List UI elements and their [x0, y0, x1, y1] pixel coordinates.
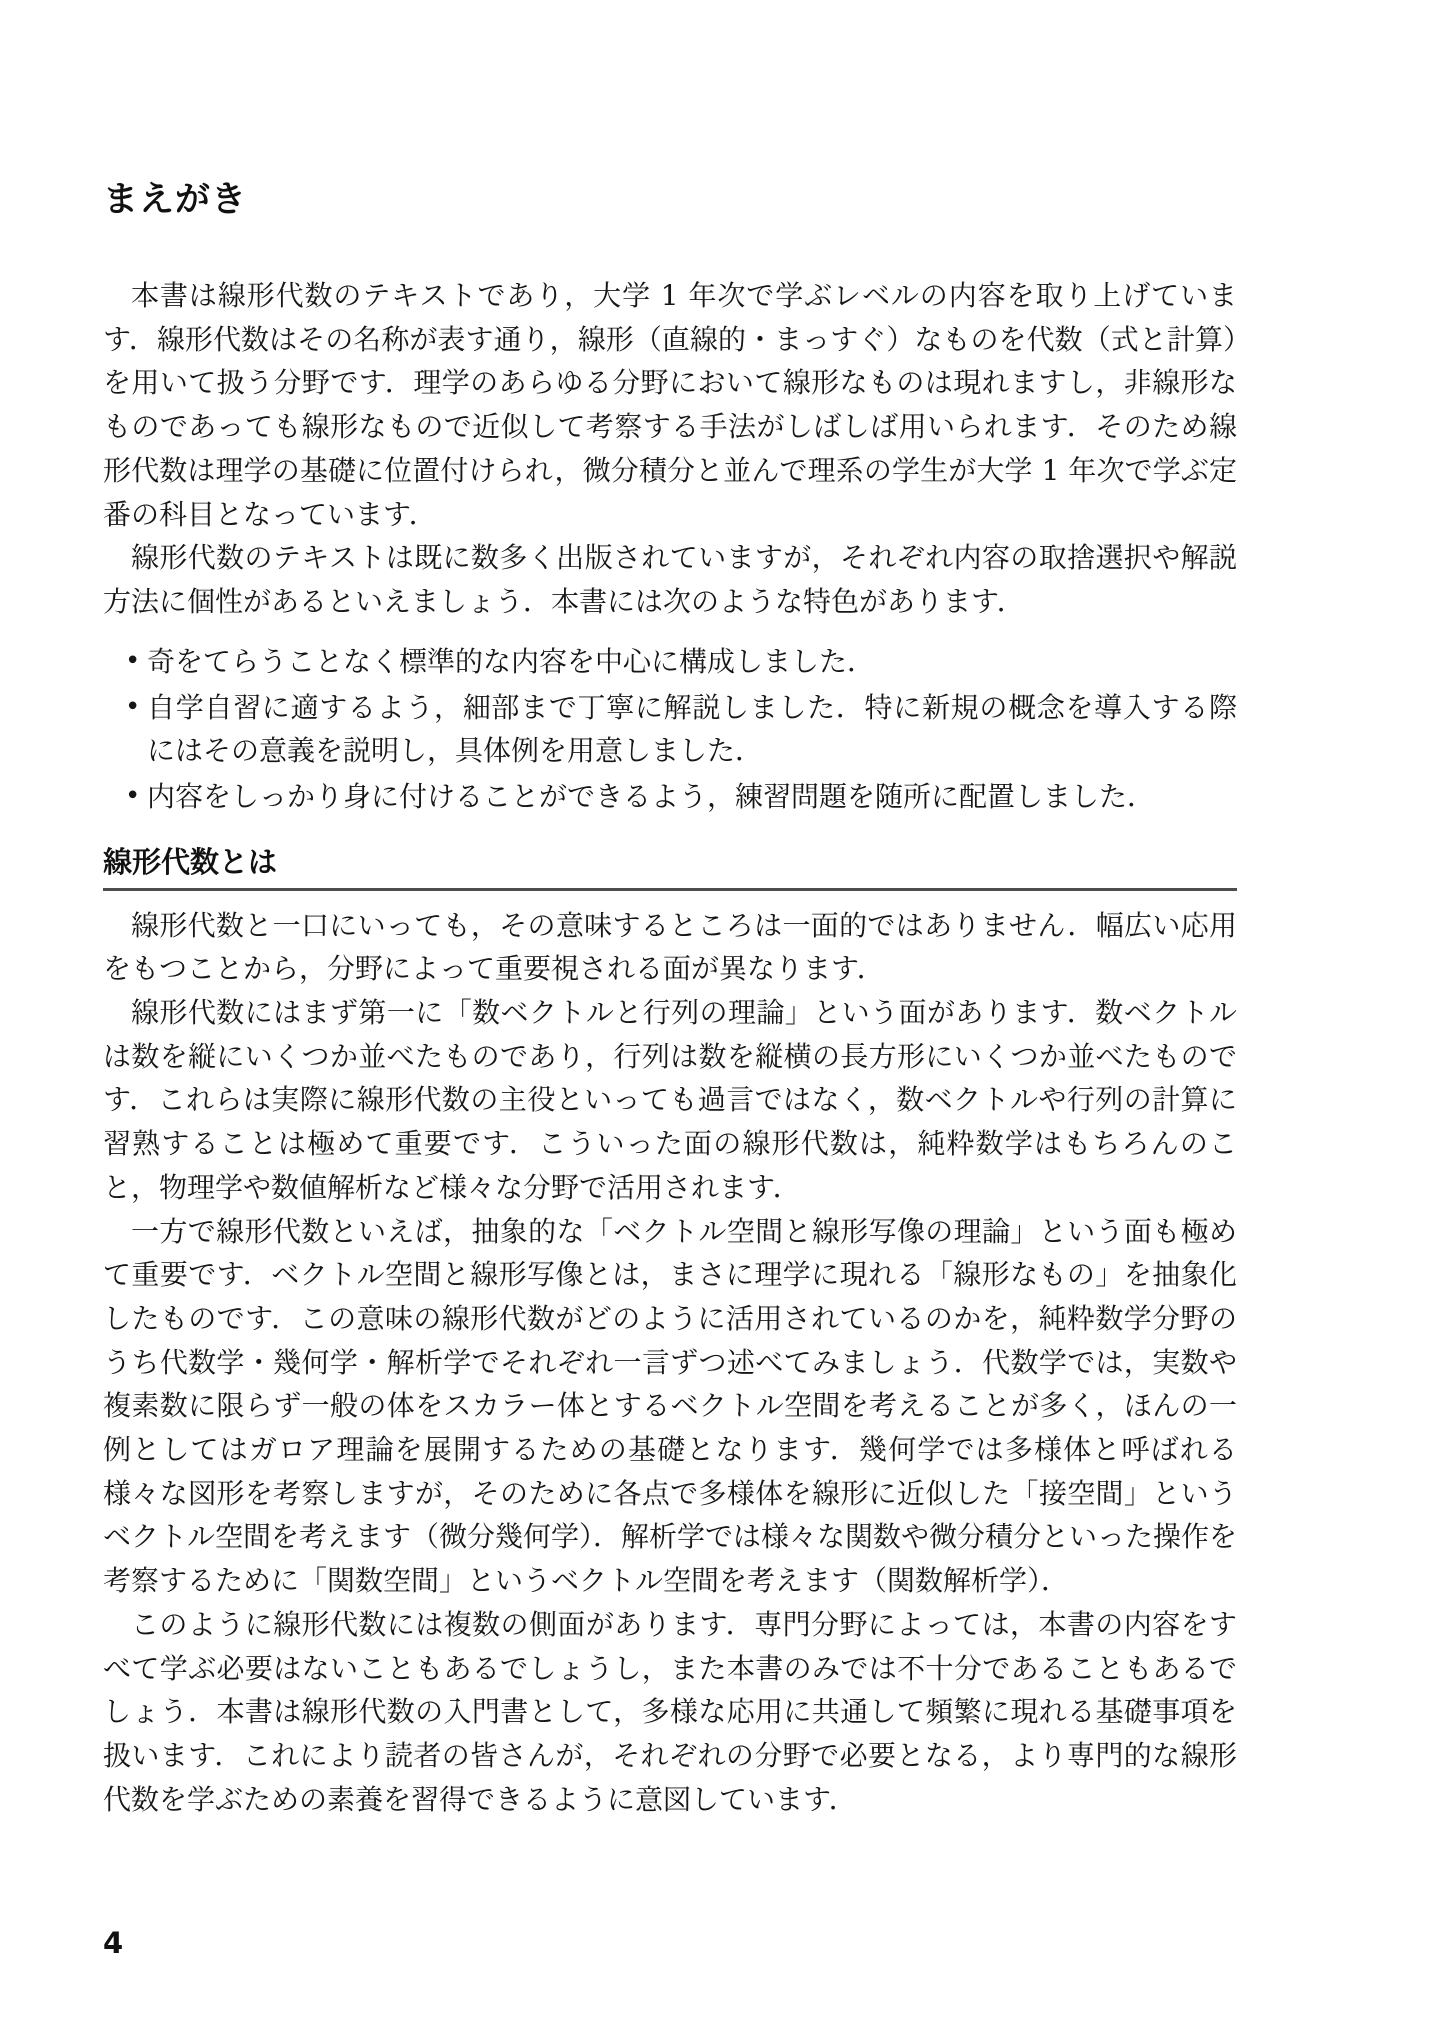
- list-item: • 奇をてらうことなく標準的な内容を中心に構成しました．: [103, 640, 1237, 683]
- bullet-icon: •: [125, 686, 140, 729]
- section-paragraph: このように線形代数には複数の側面があります．専門分野によっては，本書の内容をすべ…: [103, 1603, 1237, 1822]
- page-content: まえがき 本書は線形代数のテキストであり，大学 1 年次で学ぶレベルの内容を取り…: [103, 0, 1237, 1821]
- list-item: • 内容をしっかり身に付けることができるよう，練習問題を随所に配置しました．: [103, 775, 1237, 818]
- page-number: 4: [103, 1929, 123, 1958]
- page-title: まえがき: [103, 183, 1237, 218]
- list-item: • 自学自習に適するよう，細部まで丁寧に解説しました．特に新規の概念を導入する際…: [103, 686, 1237, 772]
- section-paragraph: 一方で線形代数といえば，抽象的な「ベクトル空間と線形写像の理論」という面も極めて…: [103, 1210, 1237, 1603]
- preface-paragraph: 本書は線形代数のテキストであり，大学 1 年次で学ぶレベルの内容を取り上げていま…: [103, 274, 1237, 536]
- bullet-icon: •: [125, 775, 140, 818]
- preface-paragraph: 線形代数のテキストは既に数多く出版されていますが，それぞれ内容の取捨選択や解説方…: [103, 536, 1237, 623]
- list-item-text: 内容をしっかり身に付けることができるよう，練習問題を随所に配置しました．: [147, 780, 1155, 813]
- bullet-icon: •: [125, 640, 140, 683]
- feature-list: • 奇をてらうことなく標準的な内容を中心に構成しました． • 自学自習に適するよ…: [103, 640, 1237, 818]
- section-heading: 線形代数とは: [103, 845, 1237, 891]
- document-page: まえがき 本書は線形代数のテキストであり，大学 1 年次で学ぶレベルの内容を取り…: [0, 0, 1433, 2024]
- list-item-text: 自学自習に適するよう，細部まで丁寧に解説しました．特に新規の概念を導入する際には…: [147, 691, 1237, 767]
- section-paragraph: 線形代数にはまず第一に「数ベクトルと行列の理論」という面があります．数ベクトルは…: [103, 991, 1237, 1210]
- list-item-text: 奇をてらうことなく標準的な内容を中心に構成しました．: [147, 645, 875, 678]
- section-paragraph: 線形代数と一口にいっても，その意味するところは一面的ではありません．幅広い応用を…: [103, 904, 1237, 991]
